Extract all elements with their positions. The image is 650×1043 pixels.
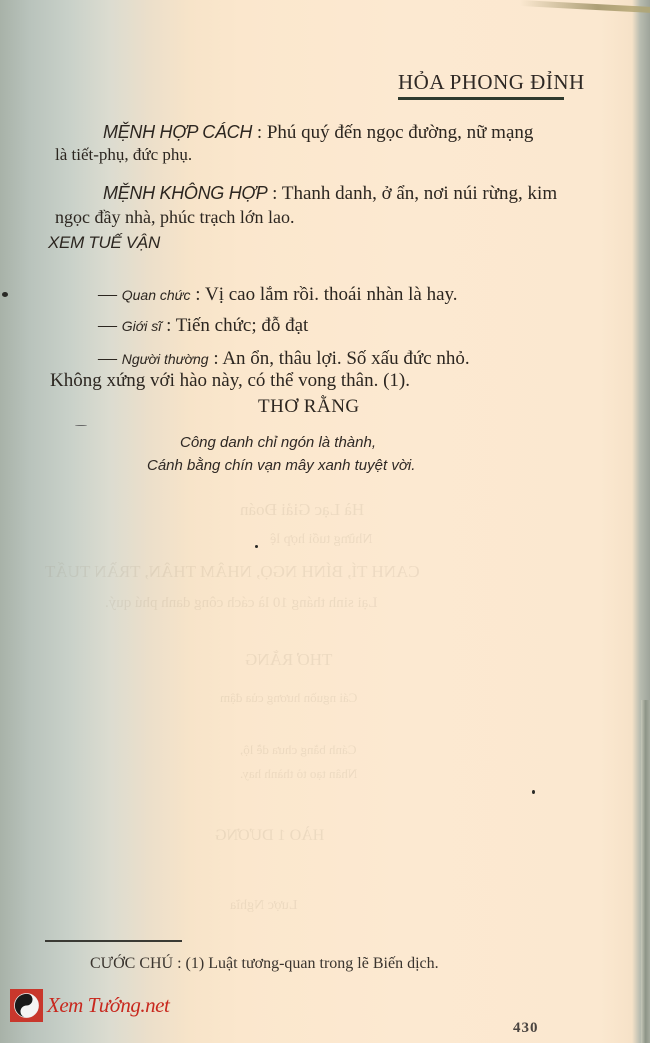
bleed-through-line: Lược Nghĩa <box>230 898 297 914</box>
tue-van-item-nguoi-thuong: — Người thường : An ổn, thâu lợi. Số xấu… <box>98 348 470 370</box>
site-watermark: Xem Tướng.net <box>10 989 169 1022</box>
menh-hop-cach-line2: là tiết-phụ, đức phụ. <box>55 145 192 165</box>
yin-yang-icon <box>10 989 43 1022</box>
bleed-through-line: Cánh bằng chưa dễ lộ, <box>240 742 356 758</box>
ink-speck <box>2 292 8 297</box>
menh-hop-cach-text: Phú quý đến ngọc đường, nữ mạng <box>267 122 534 143</box>
item-label: Giới sĩ <box>122 318 162 334</box>
bleed-through-line: Lại sinh tháng 10 là cách công danh phú … <box>105 595 377 612</box>
tue-van-continuation: Không xứng với hào này, có thể vong thân… <box>50 370 410 392</box>
menh-hop-cach-line1: MỆNH HỢP CÁCH : Phú quý đến ngọc đường, … <box>103 122 533 144</box>
bleed-through-line: Hà Lạc Giải Đoán <box>240 500 364 520</box>
menh-hop-cach-label: MỆNH HỢP CÁCH <box>103 122 252 142</box>
footnote-label: CƯỚC CHÚ <box>90 955 173 972</box>
menh-khong-hop-label: MỆNH KHÔNG HỢP <box>103 183 267 203</box>
item-text: An ổn, thâu lợi. Số xấu đức nhỏ. <box>222 348 469 369</box>
item-label: Quan chức <box>122 287 191 303</box>
page-right-edge <box>641 700 650 1043</box>
footnote: CƯỚC CHÚ : (1) Luật tương-quan trong lẽ … <box>90 955 439 973</box>
bleed-through-line: THƠ RẰNG <box>245 650 332 670</box>
ink-speck <box>255 545 258 548</box>
item-text: Tiến chức; đỗ đạt <box>176 315 309 336</box>
bleed-through-line: Nhân tạo tỏ thành hay. <box>240 766 357 782</box>
footnote-rule <box>45 940 182 942</box>
running-header: HỎA PHONG ĐỈNH <box>398 70 585 95</box>
bleed-through-line: Những tuổi hợp lệ <box>270 532 372 548</box>
poem-line: Công danh chỉ ngón là thành, <box>180 434 376 451</box>
watermark-text: Xem Tướng.net <box>47 993 169 1018</box>
bleed-through-line: HÀO 1 DƯƠNG <box>215 827 324 845</box>
item-text: Vị cao lắm rồi. thoái nhàn là hay. <box>205 284 458 305</box>
poem-line: Cánh bằng chín vạn mây xanh tuyệt vời. <box>147 457 415 474</box>
footnote-text: (1) Luật tương-quan trong lẽ Biến dịch. <box>186 955 439 972</box>
xem-tue-van-heading: XEM TUẾ VẬN <box>48 233 160 253</box>
scanned-page: Hà Lạc Giải Đoán Những tuổi hợp lệ CANH … <box>0 0 650 1043</box>
tue-van-item-gioi-si: — Giới sĩ : Tiến chức; đỗ đạt <box>98 315 308 337</box>
menh-khong-hop-text: Thanh danh, ở ẩn, nơi núi rừng, kim <box>282 183 557 204</box>
ink-speck <box>532 790 535 794</box>
page-number: 430 <box>513 1020 539 1037</box>
tue-van-item-quan-chuc: — Quan chức : Vị cao lắm rồi. thoái nhàn… <box>98 284 458 306</box>
bleed-through-line: CANH TÍ, BÍNH NGỌ, NHÂM THÂN, TRẦN TUẤT <box>45 562 420 582</box>
ink-speck <box>75 425 87 426</box>
page-top-edge-shadow <box>520 0 650 13</box>
header-underline <box>398 97 564 100</box>
menh-khong-hop-line1: MỆNH KHÔNG HỢP : Thanh danh, ở ẩn, nơi n… <box>103 183 557 205</box>
bleed-through-line: Cái nguồn hương của đậm <box>220 690 357 706</box>
item-label: Người thường <box>122 351 209 367</box>
poem-title: THƠ RẰNG <box>258 396 360 418</box>
menh-khong-hop-line2: ngọc đầy nhà, phúc trạch lớn lao. <box>55 207 294 228</box>
